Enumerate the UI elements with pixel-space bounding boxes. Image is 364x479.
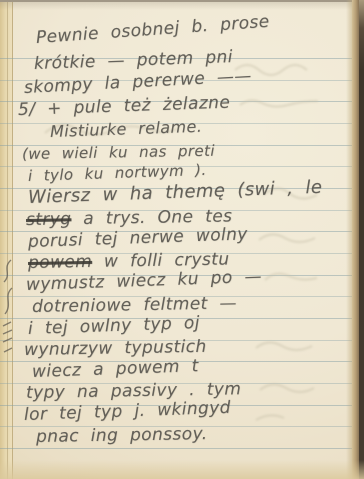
handwriting-line: i tej owlny typ oj — [28, 313, 200, 339]
show-through-mark — [230, 50, 350, 130]
page-right-edge — [359, 0, 364, 479]
struck-word: stryg — [26, 209, 72, 230]
margin-scribble — [0, 258, 14, 318]
handwriting-line: (we wieli ku nas preti — [22, 142, 215, 163]
handwriting-line: Pewnie osobnej b. prose — [35, 12, 270, 48]
struck-word: powem — [28, 252, 92, 273]
margin-scribble — [1, 320, 14, 360]
page-top-shadow — [0, 2, 364, 10]
notebook-page: Pewnie osobnej b. prosekrótkie — potem p… — [0, 0, 364, 479]
ruled-line — [0, 448, 360, 449]
binding-crease — [7, 0, 8, 479]
page-right-curl — [352, 0, 359, 479]
show-through-mark — [250, 330, 360, 430]
handwriting-line: dotreniowe feltmet — — [32, 293, 237, 317]
page-bottom-edge — [0, 460, 364, 479]
handwriting-line: pnac ing ponssoy. — [36, 424, 208, 447]
